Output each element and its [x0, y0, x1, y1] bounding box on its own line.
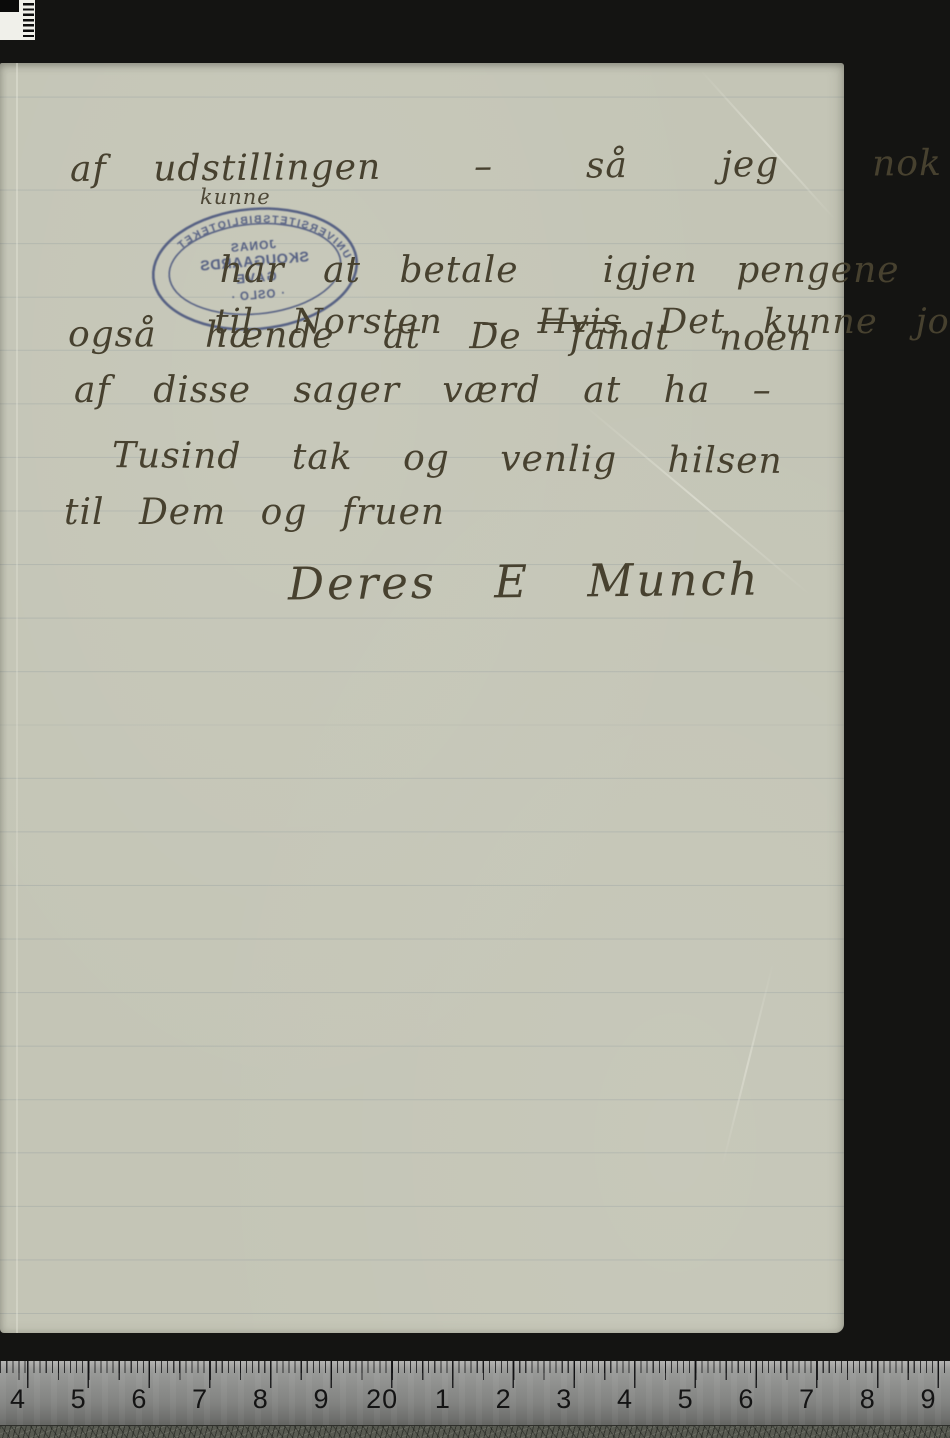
- ruler-number: 4: [10, 1384, 26, 1415]
- ruler-number: 20: [366, 1384, 398, 1415]
- ruler-number: 5: [71, 1384, 87, 1415]
- ruler-number: 4: [617, 1384, 633, 1415]
- ruler-number: 6: [738, 1384, 754, 1415]
- handwriting-line-4: også hænde at De fandt noen: [68, 314, 813, 359]
- ruler-number: 7: [192, 1384, 208, 1415]
- signature: Deres E Munch: [288, 553, 761, 611]
- ruler-number: 7: [799, 1384, 815, 1415]
- ruler-number: 1: [435, 1384, 451, 1415]
- calibration-scale-marker: [0, 0, 35, 40]
- ruler-number: 6: [131, 1384, 147, 1415]
- scanned-letter-page: { "scan": { "background_color": "#141412…: [0, 0, 950, 1438]
- ruler-number: 9: [920, 1384, 936, 1415]
- handwriting-insertion-word: kunne: [200, 185, 271, 209]
- crease-line: [721, 963, 774, 1167]
- ruler-number: 9: [313, 1384, 329, 1415]
- ruler-number: 8: [253, 1384, 269, 1415]
- handwriting-line-5: af disse sager værd at ha –: [74, 370, 772, 411]
- desk-surface: [0, 1425, 950, 1438]
- handwriting-line-1: af udstillingen – så jeg nok: [70, 143, 942, 190]
- ruler-number: 5: [678, 1384, 694, 1415]
- calibration-tick-strip: [23, 3, 34, 38]
- steel-ruler: 45678920123456789: [0, 1361, 950, 1425]
- letter-paper-sheet: UNIVERSITETSBIBLIOTEKET JONAS SKOUGAARDS…: [0, 63, 844, 1333]
- handwriting-closing-line-2: til Dem og fruen: [64, 492, 445, 533]
- handwriting-closing-line-1: Tusind tak og venlig hilsen: [112, 435, 783, 482]
- ruler-number: 2: [496, 1384, 512, 1415]
- ruler-numbers: 45678920123456789: [0, 1361, 950, 1425]
- calibration-black-block: [0, 0, 19, 12]
- ruler-number: 8: [860, 1384, 876, 1415]
- fold-line-vertical: [16, 63, 18, 1333]
- ruler-number: 3: [556, 1384, 572, 1415]
